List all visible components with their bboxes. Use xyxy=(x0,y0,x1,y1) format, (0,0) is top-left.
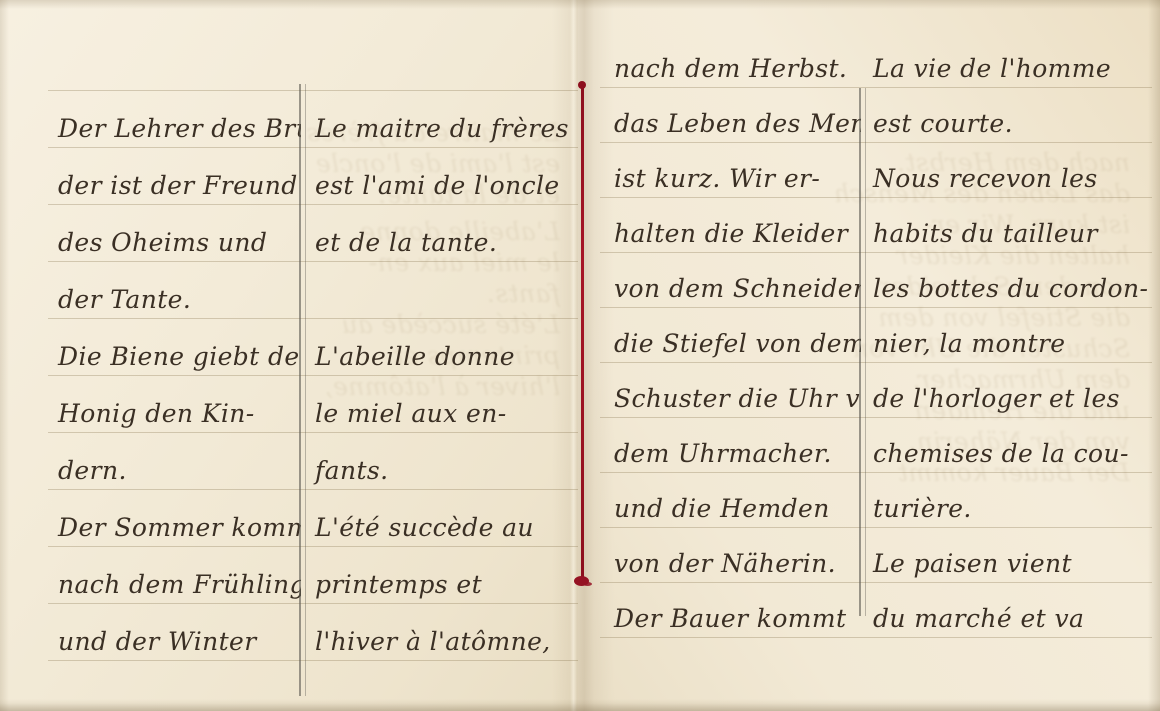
french-text: habits du tailleur xyxy=(861,221,1152,252)
page-edge-left xyxy=(0,0,9,711)
exercise-row: von dem Schneider les bottes du cordon- xyxy=(600,253,1152,308)
german-text: Schuster die Uhr von xyxy=(600,386,861,417)
exercise-row: nach dem Frühling printemps et xyxy=(48,547,578,604)
french-text: La vie de l'homme xyxy=(861,56,1152,87)
exercise-row: dern. fants. xyxy=(48,433,578,490)
exercise-row: Der Bauer kommt du marché et va xyxy=(600,583,1152,638)
german-text: nach dem Frühling xyxy=(48,572,301,603)
french-text: nier, la montre xyxy=(861,331,1152,362)
german-text: halten die Kleider xyxy=(600,221,861,252)
exercise-row: von der Näherin. Le paisen vient xyxy=(600,528,1152,583)
german-text: und die Hemden xyxy=(600,496,861,527)
french-text: printemps et xyxy=(301,572,578,603)
exercise-row: Der Sommer kommt L'été succède au xyxy=(48,490,578,547)
german-text: die Stiefel von dem xyxy=(600,331,861,362)
french-text: Nous recevon les xyxy=(861,166,1152,197)
french-text xyxy=(301,312,578,318)
exercise-row: und der Winter l'hiver à l'atômne, xyxy=(48,604,578,661)
french-text: les bottes du cordon- xyxy=(861,276,1152,307)
exercise-row: Die Biene giebt den L'abeille donne xyxy=(48,319,578,376)
exercise-row: des Oheims und et de la tante. xyxy=(48,205,578,262)
french-text: est l'ami de l'oncle xyxy=(301,173,578,204)
german-text: das Leben des Mensch xyxy=(600,111,861,142)
page-edge-top xyxy=(0,0,1160,9)
german-text: von dem Schneider xyxy=(600,276,861,307)
exercise-row: der ist der Freund est l'ami de l'oncle xyxy=(48,148,578,205)
french-text: Le maitre du frères xyxy=(301,116,578,147)
french-text: le miel aux en- xyxy=(301,401,578,432)
exercise-row: die Stiefel von dem nier, la montre xyxy=(600,308,1152,363)
german-text: und der Winter xyxy=(48,629,301,660)
french-text: et de la tante. xyxy=(301,230,578,261)
binding-thread xyxy=(581,86,584,578)
page-edge-bottom xyxy=(0,699,1160,711)
german-text: von der Näherin. xyxy=(600,551,861,582)
right-page-rows: nach dem Herbst. La vie de l'homme das L… xyxy=(600,33,1152,638)
french-text: de l'horloger et les xyxy=(861,386,1152,417)
french-text: est courte. xyxy=(861,111,1152,142)
exercise-row: Der Lehrer des Bru- Le maitre du frères xyxy=(48,91,578,148)
exercise-row: halten die Kleider habits du tailleur xyxy=(600,198,1152,253)
german-text: Die Biene giebt den xyxy=(48,344,301,375)
exercise-row: das Leben des Mensch est courte. xyxy=(600,88,1152,143)
german-text: Der Sommer kommt xyxy=(48,515,301,546)
german-text: Der Lehrer des Bru- xyxy=(48,116,301,147)
exercise-row: Honig den Kin- le miel aux en- xyxy=(48,376,578,433)
german-text: der ist der Freund xyxy=(48,173,301,204)
french-text: Le paisen vient xyxy=(861,551,1152,582)
exercise-row: dem Uhrmacher. chemises de la cou- xyxy=(600,418,1152,473)
german-text: nach dem Herbst. xyxy=(600,56,861,87)
french-text: fants. xyxy=(301,458,578,489)
german-text: ist kurz. Wir er- xyxy=(600,166,861,197)
exercise-row: und die Hemden turière. xyxy=(600,473,1152,528)
french-text: L'été succède au xyxy=(301,515,578,546)
notebook-spread: Le maitre du frères est l'ami de l'oncle… xyxy=(0,0,1160,711)
french-text: chemises de la cou- xyxy=(861,441,1152,472)
left-page-rows: Der Lehrer des Bru- Le maitre du frères … xyxy=(48,90,578,661)
french-text: l'hiver à l'atômne, xyxy=(301,629,578,660)
french-text: L'abeille donne xyxy=(301,344,578,375)
exercise-row: der Tante. xyxy=(48,262,578,319)
german-text: dem Uhrmacher. xyxy=(600,441,861,472)
german-text: des Oheims und xyxy=(48,230,301,261)
french-text: du marché et va xyxy=(861,606,1152,637)
german-text: Honig den Kin- xyxy=(48,401,301,432)
german-text: dern. xyxy=(48,458,301,489)
german-text: Der Bauer kommt xyxy=(600,606,861,637)
exercise-row: nach dem Herbst. La vie de l'homme xyxy=(600,33,1152,88)
exercise-row: Schuster die Uhr von de l'horloger et le… xyxy=(600,363,1152,418)
french-text: turière. xyxy=(861,496,1152,527)
german-text: der Tante. xyxy=(48,287,301,318)
exercise-row: ist kurz. Wir er- Nous recevon les xyxy=(600,143,1152,198)
